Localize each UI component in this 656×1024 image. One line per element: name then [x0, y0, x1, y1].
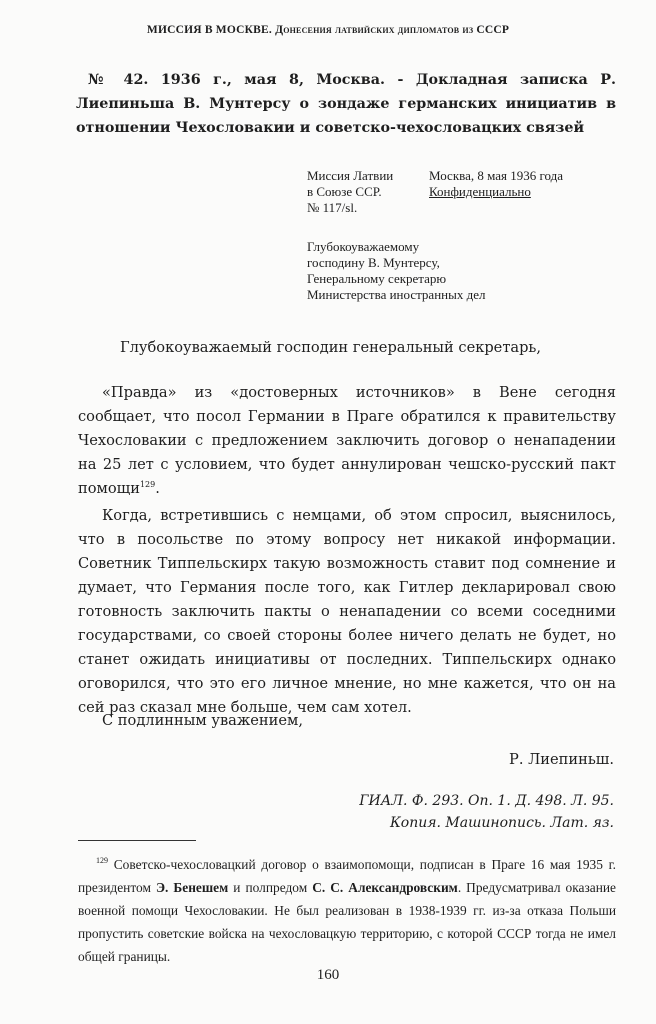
footnote-person: С. С. Александровским	[312, 880, 458, 895]
running-head: МИССИЯ В МОСКВЕ. Донесения латвийских ди…	[0, 24, 656, 36]
copy-note: Копия. Машинопись. Лат. яз.	[359, 812, 614, 834]
footnote: 129 Советско-чехословацкий договор о вза…	[78, 853, 616, 968]
salutation: Глубокоуважаемый господин генеральный се…	[78, 336, 616, 360]
document-title: № 42. 1936 г., мая 8, Москва. - Докладна…	[76, 68, 616, 140]
footnote-person: Э. Бенешем	[156, 880, 228, 895]
addressee-line: Министерства иностранных дел	[307, 287, 485, 303]
addressee-line: господину В. Мунтерсу,	[307, 255, 485, 271]
closing: С подлинным уважением,	[78, 709, 616, 733]
footnote-number: 129	[96, 856, 108, 865]
page-number: 160	[0, 967, 656, 984]
footnote-text: и полпредом	[228, 880, 312, 895]
archive-citation: ГИАЛ. Ф. 293. Оп. 1. Д. 498. Л. 95.	[359, 790, 614, 812]
sender-line: в Союзе ССР.	[307, 184, 437, 200]
running-head-subtitle: Донесения латвийских дипломатов из СССР	[275, 24, 509, 36]
footnote-divider	[78, 840, 196, 841]
addressee-line: Генеральному секретарю	[307, 271, 485, 287]
sender-line: Миссия Латвии	[307, 168, 437, 184]
classification-label: Конфиденциально	[429, 184, 629, 200]
addressee-line: Глубокоуважаемому	[307, 239, 485, 255]
sender-block: Миссия Латвии в Союзе ССР. № 117/sl.	[307, 168, 437, 216]
sender-reference-number: № 117/sl.	[307, 200, 437, 216]
body-paragraph: «Правда» из «достоверных источников» в В…	[78, 381, 616, 501]
signature: Р. Лиепиньш.	[509, 751, 614, 768]
paragraph-end: .	[155, 480, 160, 497]
archive-reference: ГИАЛ. Ф. 293. Оп. 1. Д. 498. Л. 95. Копи…	[359, 790, 614, 834]
body-paragraph: Когда, встретившись с немцами, об этом с…	[78, 504, 616, 720]
place-date-block: Москва, 8 мая 1936 года Конфиденциально	[429, 168, 629, 200]
running-head-series: МИССИЯ В МОСКВЕ.	[147, 24, 272, 36]
footnote-reference[interactable]: 129	[140, 480, 155, 489]
addressee-block: Глубокоуважаемому господину В. Мунтерсу,…	[307, 239, 485, 303]
place-date: Москва, 8 мая 1936 года	[429, 168, 629, 184]
book-page: МИССИЯ В МОСКВЕ. Донесения латвийских ди…	[0, 0, 656, 1024]
